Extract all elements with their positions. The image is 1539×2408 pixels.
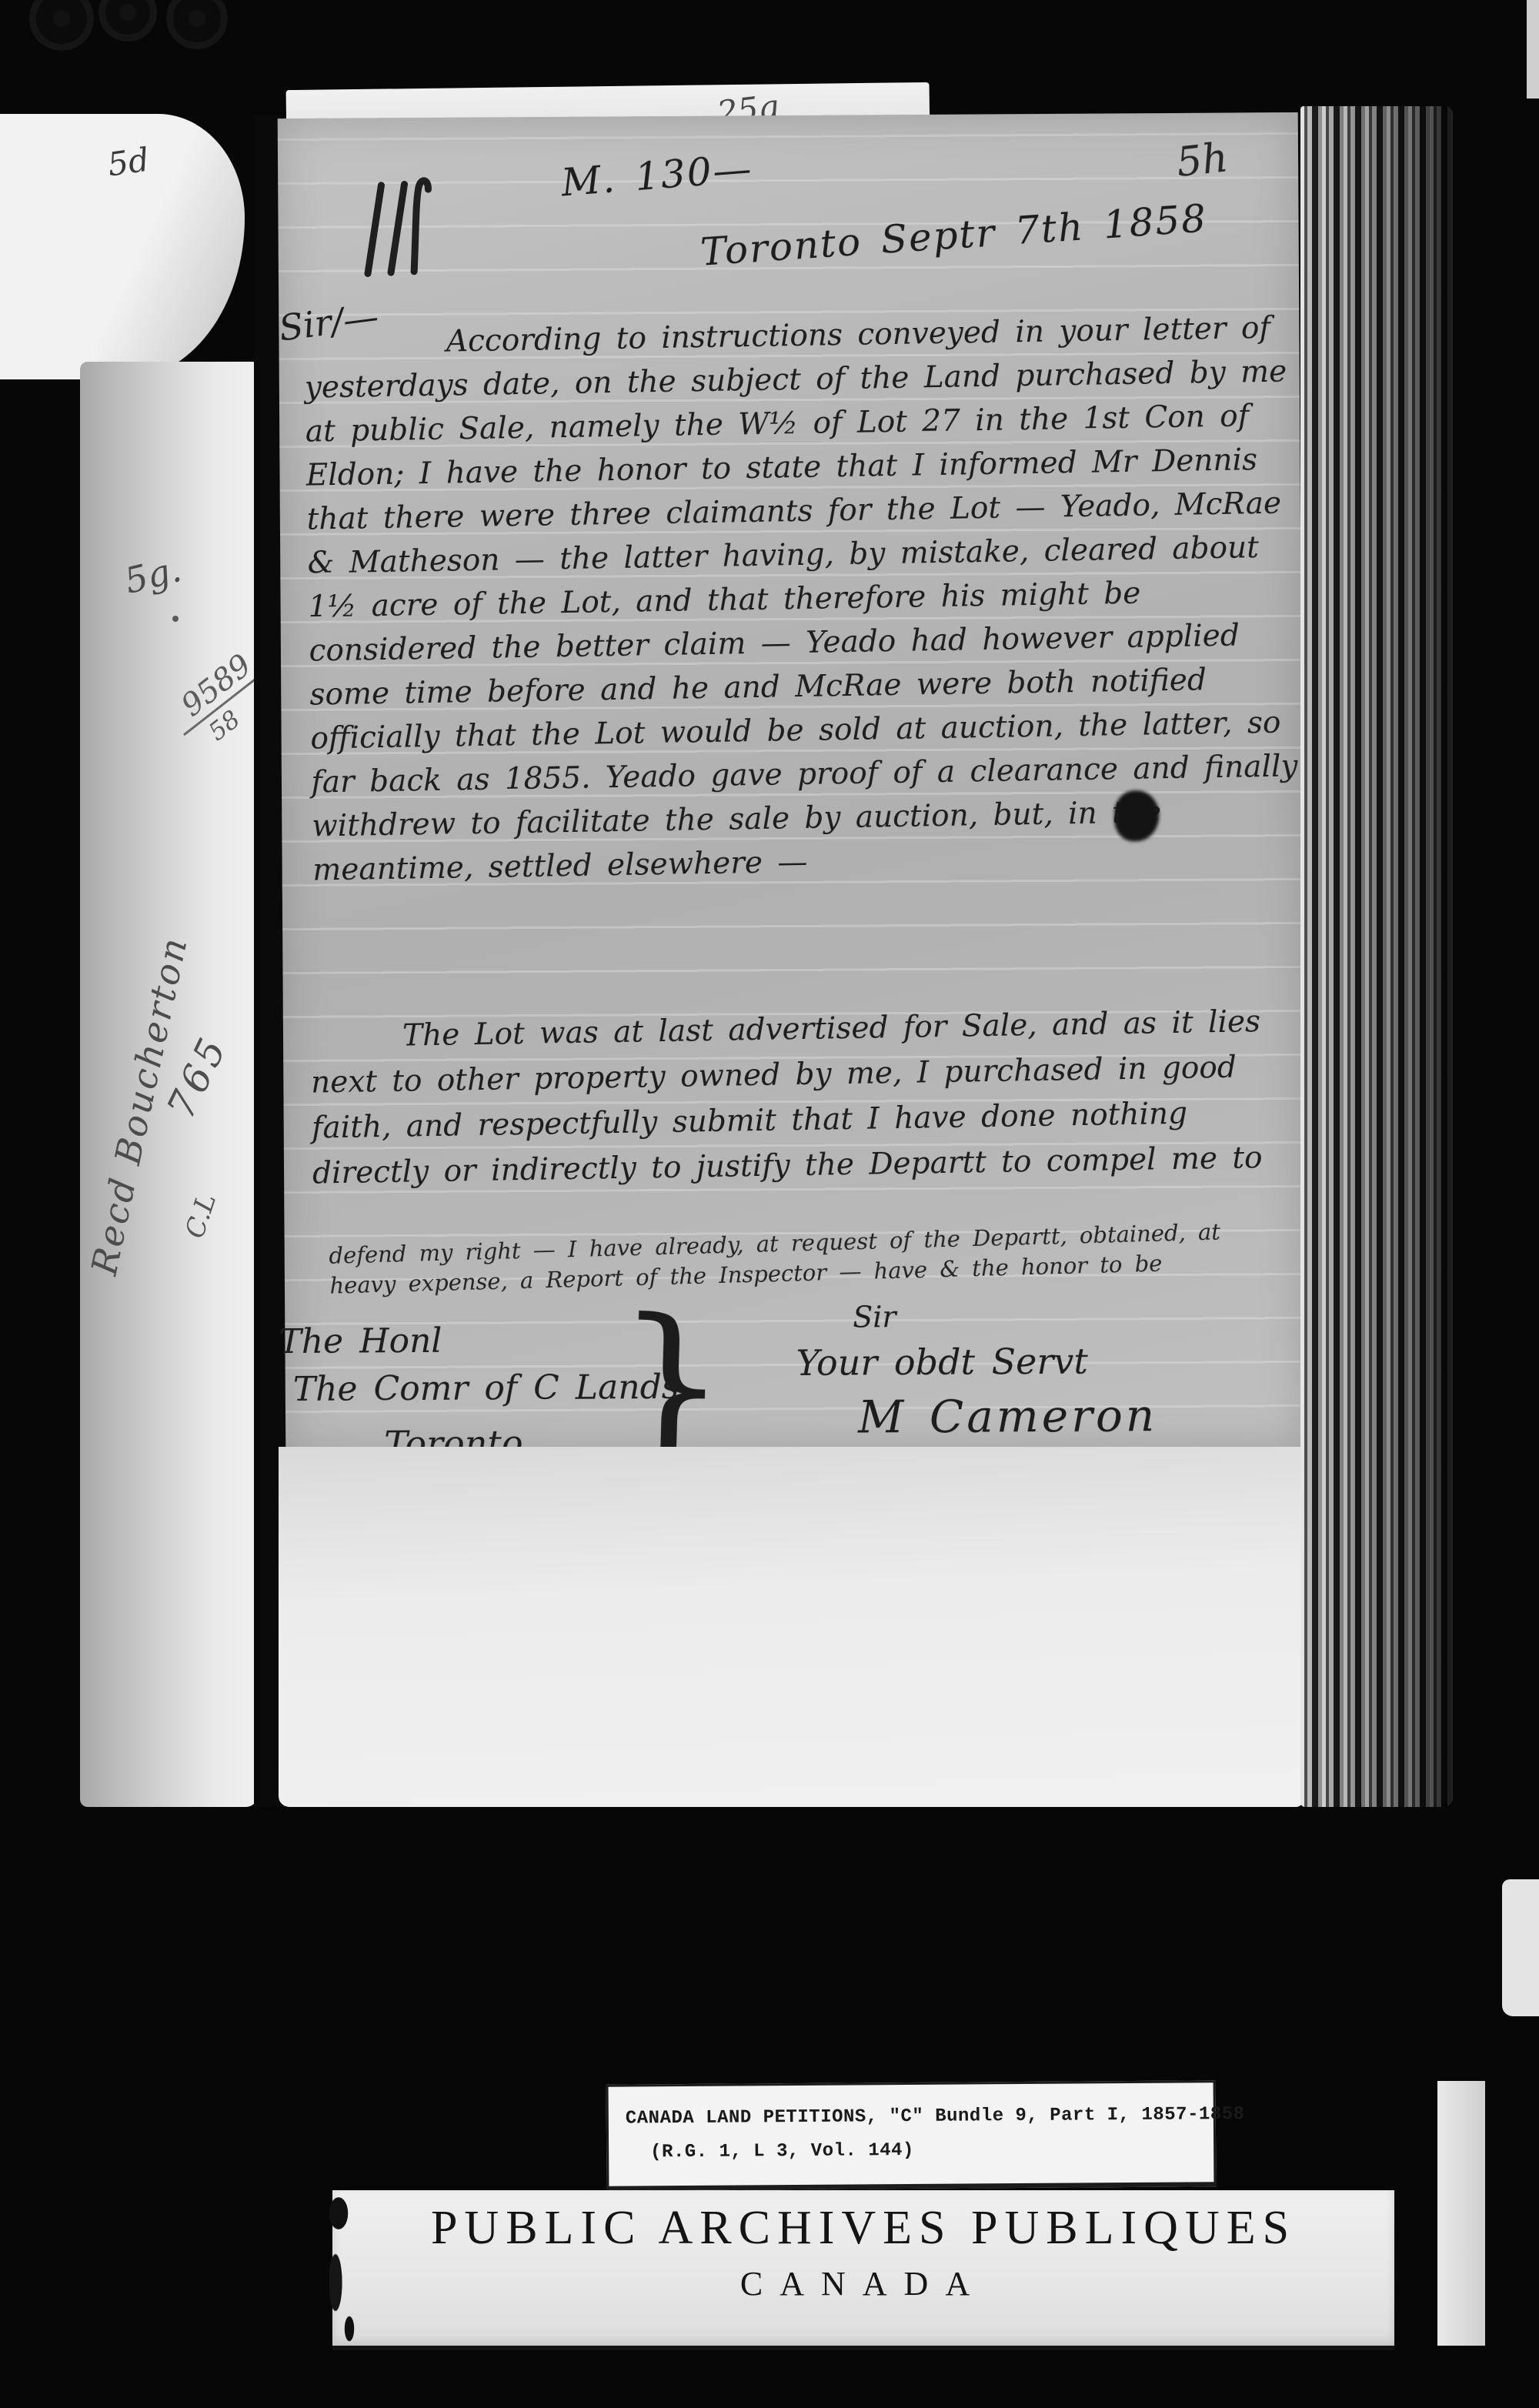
left-margin-strip: 5g. 9589 58 765 C.L Recd Boucherton [80, 362, 257, 1807]
margin-mark-5h: 5h [1174, 135, 1230, 186]
ink-scribble [336, 168, 455, 287]
film-reel-icon [98, 0, 157, 42]
margin-mark-5d: 5d [105, 141, 152, 184]
bottom-right-paper-strip [1437, 2081, 1485, 2346]
blank-lower-page [279, 1447, 1304, 1807]
margin-mark-5g: 5g. [121, 548, 185, 602]
book-fore-edge [1300, 106, 1453, 1807]
archives-banner-subtitle: CANADA [332, 2264, 1394, 2303]
archive-label: CANADA LAND PETITIONS, "C" Bundle 9, Par… [606, 2080, 1217, 2191]
letter-squeezed-lines: defend my right — I have already, at req… [329, 1215, 1284, 1301]
banner-torn-edge [329, 2190, 372, 2346]
microfilm-frame: 5d 5g. 9589 58 765 C.L Recd Boucherton 2… [0, 0, 1539, 2408]
film-edge-streak [1502, 1879, 1539, 2016]
archives-banner-title: PUBLIC ARCHIVES PUBLIQUES [332, 2201, 1394, 2256]
letter-paragraph-2: The Lot was at last advertised for Sale,… [310, 998, 1307, 1196]
closing-sir: Sir [853, 1300, 896, 1334]
film-reel-icon [166, 0, 228, 49]
film-reel-icon [29, 0, 94, 51]
previous-page-corner: 5d [0, 114, 245, 379]
closing-yours: Your obdt Servt [796, 1341, 1088, 1384]
signature: M Cameron [858, 1389, 1158, 1443]
film-edge-sliver [1527, 0, 1539, 99]
dateline: Toronto Septr 7th 1858 [699, 196, 1208, 275]
docket-initials: C.L [179, 1190, 222, 1242]
archive-label-line1: CANADA LAND PETITIONS, "C" Bundle 9, Par… [626, 2104, 1245, 2129]
letter-page: M. 130— Toronto Septr 7th 1858 5h Sir/— … [278, 112, 1307, 1454]
addressee-line-1: The Honl [279, 1321, 442, 1361]
archive-label-line2: (R.G. 1, L 3, Vol. 144) [650, 2140, 914, 2163]
ink-dot [172, 616, 179, 622]
file-number: M. 130— [559, 146, 754, 205]
archives-banner: PUBLIC ARCHIVES PUBLIQUES CANADA [332, 2190, 1394, 2346]
